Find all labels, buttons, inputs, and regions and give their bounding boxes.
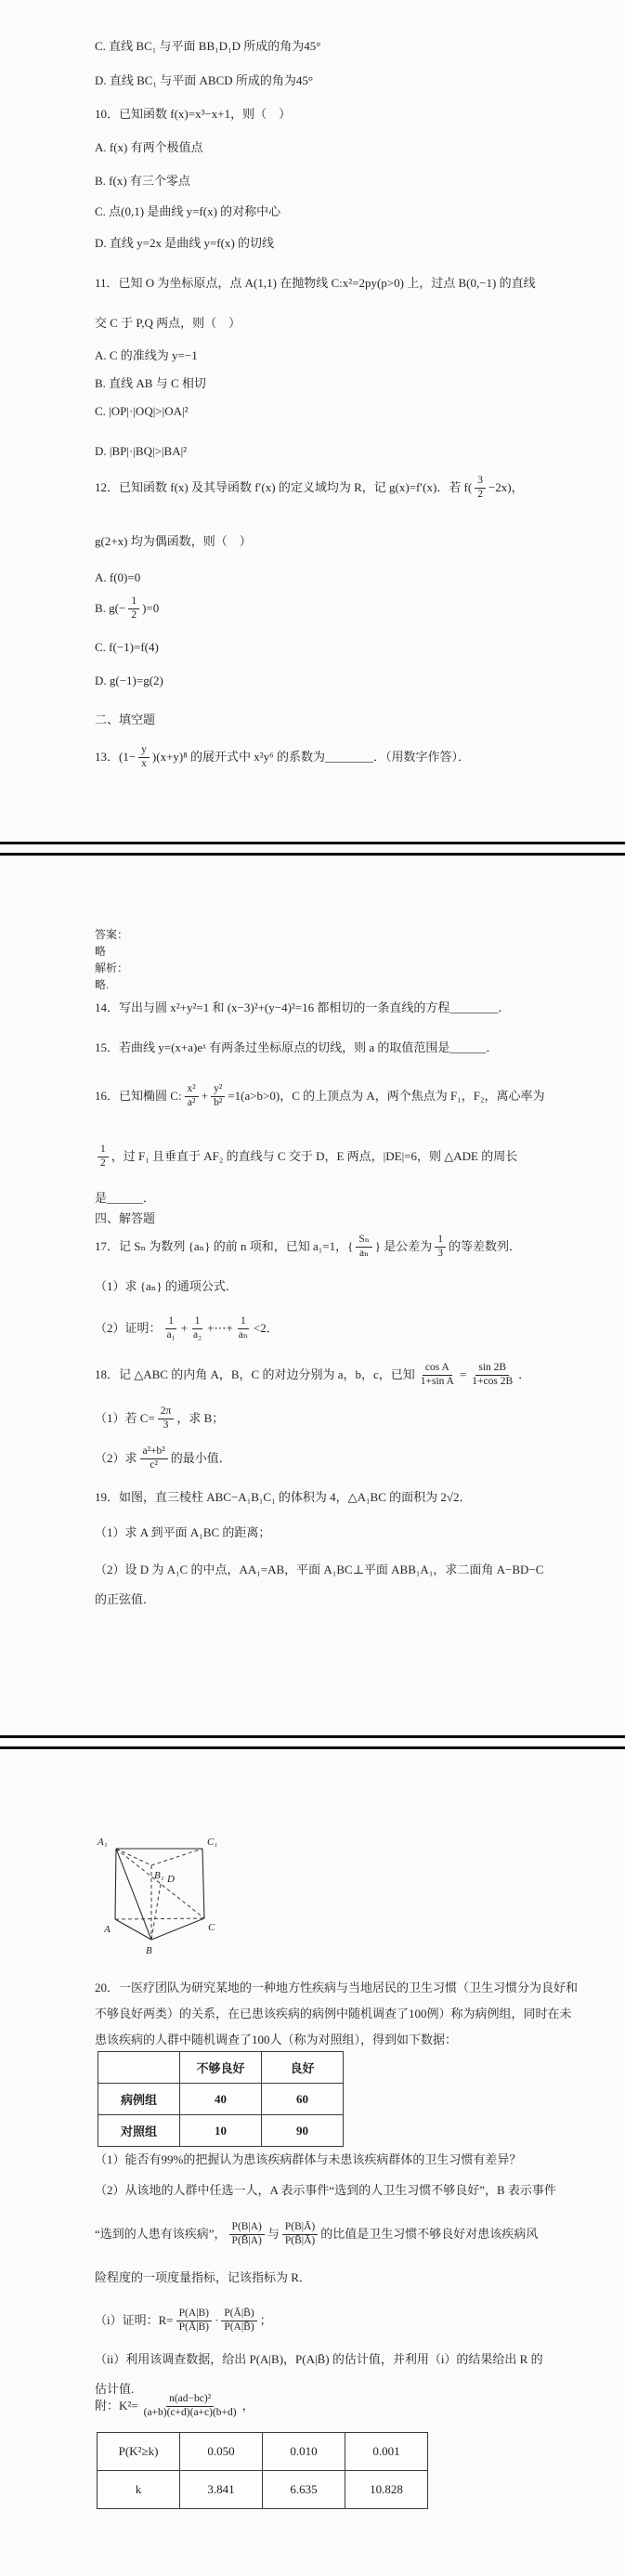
table-cell: 6.635: [263, 2471, 345, 2509]
table-cell: [98, 2052, 180, 2084]
question-18-part-1: （1）若 C=2π3，求 B；: [95, 1397, 224, 1440]
table-row: 病例组4060: [98, 2084, 344, 2115]
table-cell: 60: [262, 2084, 344, 2115]
option-11-c: C. |OP|·|OQ|>|OA|²: [95, 402, 189, 421]
k-squared-formula: 附：K²=n(ad−bc)²(a+b)(c+d)(a+c)(b+d)，: [95, 2383, 254, 2429]
question-20-part-ii: （ii）利用该调查数据，给出 P(A|B)，P(A|B̄) 的估计值，并利用（i…: [95, 2350, 543, 2369]
analysis-label: 解析：: [95, 959, 128, 977]
question-17-stem: 17．记 Sₙ 为数列 {aₙ} 的前 n 项和，已知 a₁=1，{Sₙaₙ} …: [95, 1225, 521, 1268]
table-cell: 不够良好: [180, 2052, 262, 2084]
answer-text: 略: [95, 942, 106, 961]
vertex-label-b1: B₁: [154, 1870, 164, 1881]
table-cell: 0.001: [345, 2433, 428, 2471]
question-16-stem-3: 是______．: [95, 1189, 155, 1208]
question-19-part-2: （2）设 D 为 A₁C 的中点，AA₁=AB，平面 A₁BC⊥平面 ABB₁A…: [95, 1561, 543, 1579]
table-cell: 对照组: [98, 2115, 180, 2147]
question-20-stem-3: 患该疾病的人群中随机调查了100人（称为对照组），得到如下数据：: [95, 2031, 457, 2049]
vertex-label-a: A: [103, 1924, 111, 1935]
question-18-stem: 18．记 △ABC 的内角 A，B，C 的对边分别为 a，b，c，已知cos A…: [95, 1353, 530, 1396]
option-10-a: A. f(x) 有两个极值点: [95, 138, 203, 157]
vertex-label-b: B: [146, 1945, 152, 1956]
section-2-heading: 二、填空题: [95, 711, 155, 729]
survey-data-table: 不够良好良好病例组4060对照组1090: [98, 2051, 344, 2147]
option-10-b: B. f(x) 有三个零点: [95, 172, 190, 190]
question-11-stem: 11．已知 O 为坐标原点，点 A(1,1) 在抛物线 C:x²=2py(p>0…: [95, 274, 536, 293]
answer-label: 答案：: [95, 925, 128, 944]
question-18-part-2: （2）求a²+b²c²的最小值．: [95, 1437, 231, 1480]
table-cell: 病例组: [98, 2084, 180, 2115]
question-12-stem-2: g(2+x) 均为偶函数，则（ ）: [95, 532, 252, 551]
question-15-stem: 15．若曲线 y=(x+a)eˣ 有两条过坐标原点的切线，则 a 的取值范围是_…: [95, 1039, 498, 1057]
question-19-part-2b: 的正弦值．: [95, 1590, 155, 1609]
analysis-text: 略.: [95, 975, 109, 994]
table-cell: 90: [262, 2115, 344, 2147]
table-cell: 3.841: [180, 2471, 263, 2509]
question-17-part-2: （2）证明：1a₁+1a₂+⋯+1aₙ<2．: [95, 1307, 279, 1350]
question-20-part-2c: 险程度的一项度量指标，记该指标为 R．: [95, 2269, 311, 2287]
vertex-label-c1: C₁: [207, 1837, 217, 1848]
question-10-stem: 10．已知函数 f(x)=x³−x+1，则（ ）: [95, 105, 291, 124]
table-cell: 40: [180, 2084, 262, 2115]
question-19-stem: 19．如图，直三棱柱 ABC−A₁B₁C₁ 的体积为 4，△A₁BC 的面积为 …: [95, 1488, 472, 1507]
vertex-label-d: D: [166, 1874, 175, 1885]
question-20-stem-1: 20．一医疗团队为研究某地的一种地方性疾病与当地居民的卫生习惯（卫生习惯分为良好…: [95, 1979, 578, 1997]
option-9-c: C. 直线 BC₁ 与平面 BB₁D₁D 所成的角为45°: [95, 37, 320, 56]
option-10-d: D. 直线 y=2x 是曲线 y=f(x) 的切线: [95, 234, 274, 253]
page-break-rule-2: [0, 1735, 625, 1749]
table-row: 对照组1090: [98, 2115, 344, 2147]
question-20-part-2: （2）从该地的人群中任选一人，A 表示事件“选到的人卫生习惯不够良好”，B 表示…: [95, 2181, 556, 2200]
vertex-label-a1: A₁: [97, 1837, 108, 1848]
option-12-c: C. f(−1)=f(4): [95, 638, 159, 657]
vertex-label-c: C: [208, 1922, 215, 1933]
question-20-part-2b: “选到的人患有该疾病”，P(B|A)P(B̄|A)与P(B|Ā)P(B̄|Ā…: [95, 2209, 538, 2259]
page-break-rule-1: [0, 842, 625, 856]
option-12-d: D. g(−1)=g(2): [95, 672, 163, 690]
table-cell: 10: [180, 2115, 262, 2147]
question-16-stem: 16．已知椭圆 C:x²a²+y²b²=1(a>b>0)，C 的上顶点为 A，两…: [95, 1075, 545, 1118]
option-12-b: B. g(−12)=0: [95, 587, 159, 630]
question-17-part-1: （1）求 {aₙ} 的通项公式．: [95, 1277, 238, 1296]
table-row: k3.8416.63510.828: [98, 2471, 428, 2509]
option-9-d: D. 直线 BC₁ 与平面 ABCD 所成的角为45°: [95, 72, 313, 90]
question-20-stem-2: 不够良好两类）的关系，在已患该疾病的病例中随机调查了100例）称为病例组，同时在…: [95, 2005, 572, 2023]
critical-value-table: P(K²≥k)0.0500.0100.001k3.8416.63510.828: [97, 2432, 428, 2509]
table-cell: k: [98, 2471, 180, 2509]
prism-vertex-labels: A₁ C₁ B₁ D A C B: [97, 1837, 217, 1956]
option-11-b: B. 直线 AB 与 C 相切: [95, 374, 206, 393]
question-11-stem-2: 交 C 于 P,Q 两点，则（ ）: [95, 314, 241, 333]
option-11-d: D. |BP|·|BQ|>|BA|²: [95, 442, 187, 461]
question-12-stem: 12．已知函数 f(x) 及其导函数 f′(x) 的定义域均为 R，记 g(x)…: [95, 466, 524, 509]
option-10-c: C. 点(0,1) 是曲线 y=f(x) 的对称中心: [95, 203, 280, 221]
table-cell: 10.828: [345, 2471, 428, 2509]
table-row: P(K²≥k)0.0500.0100.001: [98, 2433, 428, 2471]
question-16-stem-2: 12，过 F₁ 且垂直于 AF₂ 的直线与 C 交于 D，E 两点，|DE|=6…: [95, 1135, 517, 1178]
table-row: 不够良好良好: [98, 2052, 344, 2084]
option-12-a: A. f(0)=0: [95, 569, 140, 587]
table-cell: P(K²≥k): [98, 2433, 180, 2471]
option-11-a: A. C 的准线为 y=−1: [95, 347, 198, 365]
table-cell: 0.010: [263, 2433, 345, 2471]
question-19-part-1: （1）求 A 到平面 A₁BC 的距离；: [95, 1523, 270, 1542]
prism-figure: A₁ C₁ B₁ D A C B: [88, 1828, 237, 1968]
question-14-stem: 14．写出与圆 x²+y²=1 和 (x−3)²+(y−4)²=16 都相切的一…: [95, 999, 510, 1017]
prism-dashed-edges: [115, 1849, 204, 1940]
exam-page: C. 直线 BC₁ 与平面 BB₁D₁D 所成的角为45° D. 直线 BC₁ …: [0, 0, 625, 2576]
question-20-part-1: （1）能否有99%的把握认为患该疾病群体与未患该疾病群体的卫生习惯有差异？: [95, 2151, 521, 2169]
table-cell: 0.050: [180, 2433, 263, 2471]
table-cell: 良好: [262, 2052, 344, 2084]
question-13-stem: 13．(1−yx)(x+y)⁸ 的展开式中 x²y⁶ 的系数为________．…: [95, 736, 470, 778]
question-20-part-i: （i）证明：R=P(A|B)P(Ā|B)·P(Ā|B̄)P(A|B̄)；: [95, 2295, 272, 2346]
